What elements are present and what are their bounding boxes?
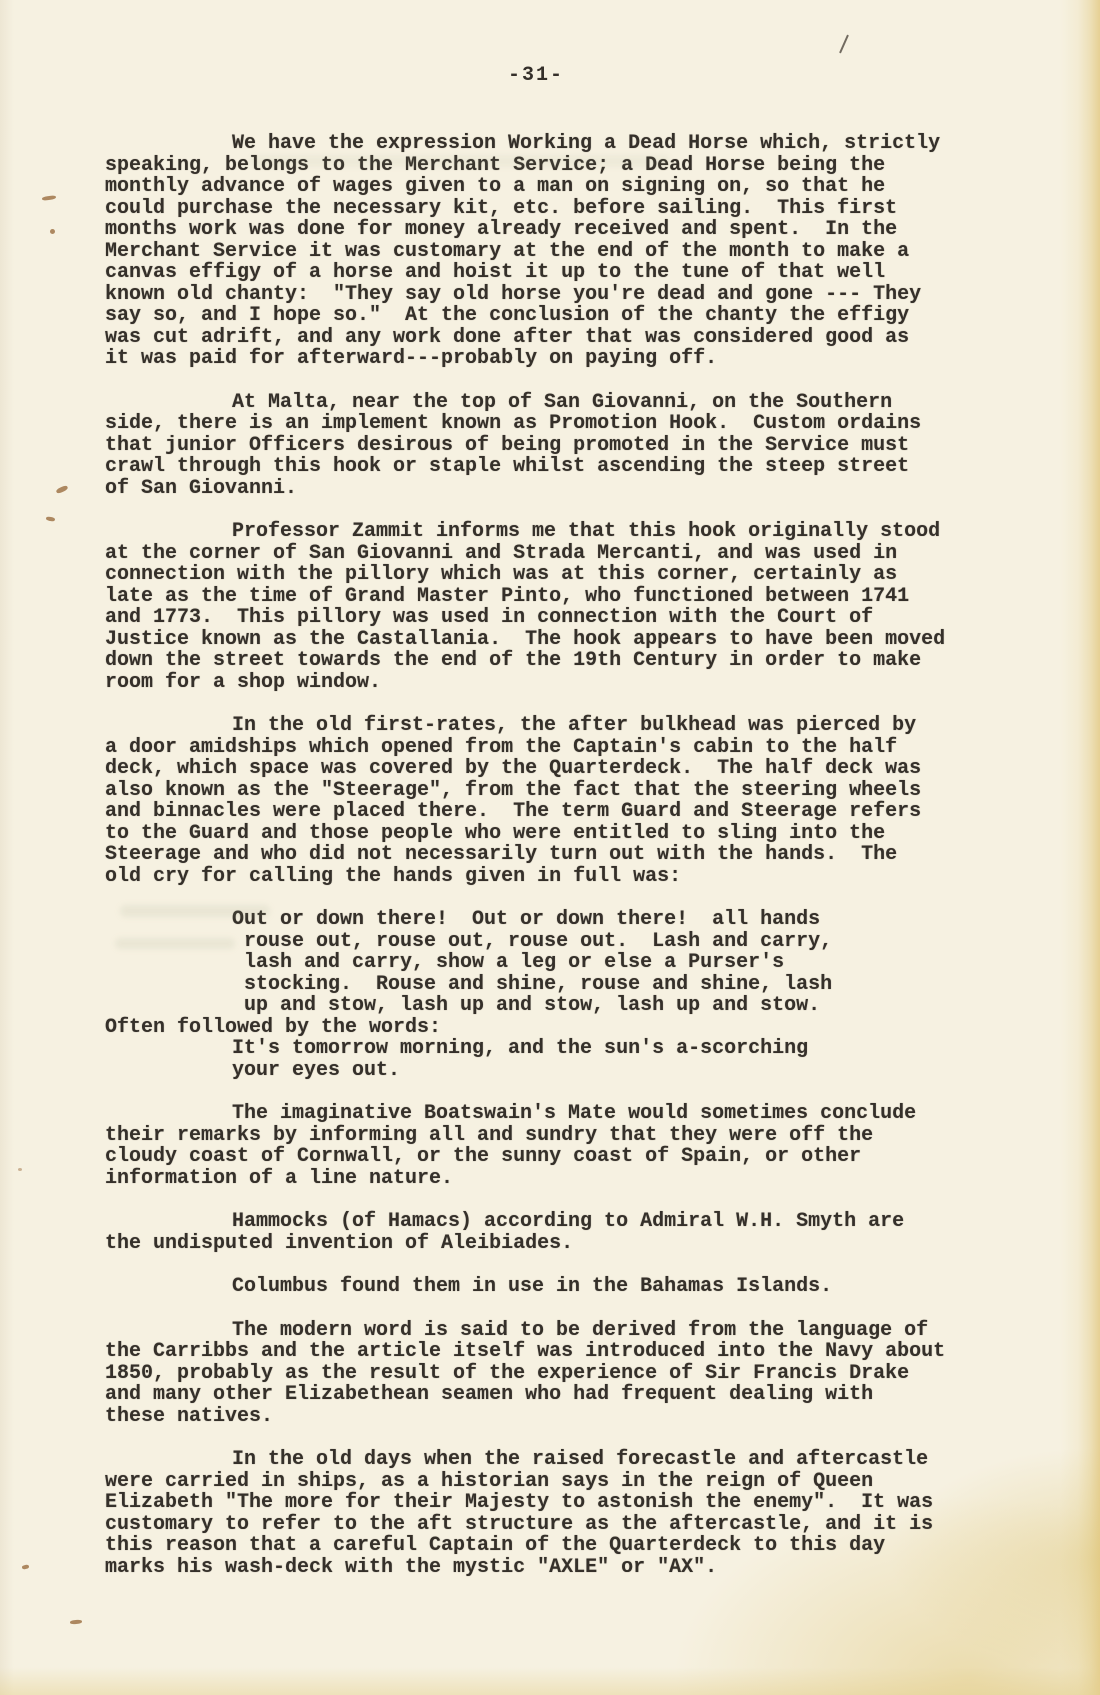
foxing-spot: [46, 516, 56, 522]
paragraph-promotion-hook: At Malta, near the top of San Giovanni, …: [105, 392, 1015, 500]
quote-call-the-hands: Out or down there! Out or down there! al…: [232, 909, 1015, 1017]
paragraph-aftercastle: In the old days when the raised forecast…: [105, 1449, 1015, 1578]
page-body: We have the expression Working a Dead Ho…: [105, 133, 1015, 1578]
foxing-spot: [42, 195, 56, 201]
paragraph-steerage: In the old first-rates, the after bulkhe…: [105, 715, 1015, 887]
quote-tomorrow-morning: It's tomorrow morning, and the sun's a-s…: [232, 1038, 1015, 1081]
document-page: -31- We have the expression Working a De…: [0, 0, 1100, 1695]
paragraph-columbus: Columbus found them in use in the Bahama…: [105, 1276, 1015, 1298]
paragraph-boatswains-mate: The imaginative Boatswain's Mate would s…: [105, 1103, 1015, 1189]
foxing-spot: [22, 1564, 30, 1569]
paragraph-hammocks: Hammocks (of Hamacs) according to Admira…: [105, 1211, 1015, 1254]
page-number: -31-: [0, 0, 1086, 87]
paragraph-pillory: Professor Zammit informs me that this ho…: [105, 521, 1015, 693]
foxing-spot: [56, 485, 69, 495]
paragraph-modern-word: The modern word is said to be derived fr…: [105, 1320, 1015, 1428]
foxing-spot: [18, 1168, 22, 1171]
foxing-spot: [50, 229, 55, 234]
paragraph-dead-horse: We have the expression Working a Dead Ho…: [105, 133, 1015, 370]
line-often-followed: Often followed by the words:: [105, 1017, 1015, 1039]
foxing-spot: [70, 1619, 82, 1624]
